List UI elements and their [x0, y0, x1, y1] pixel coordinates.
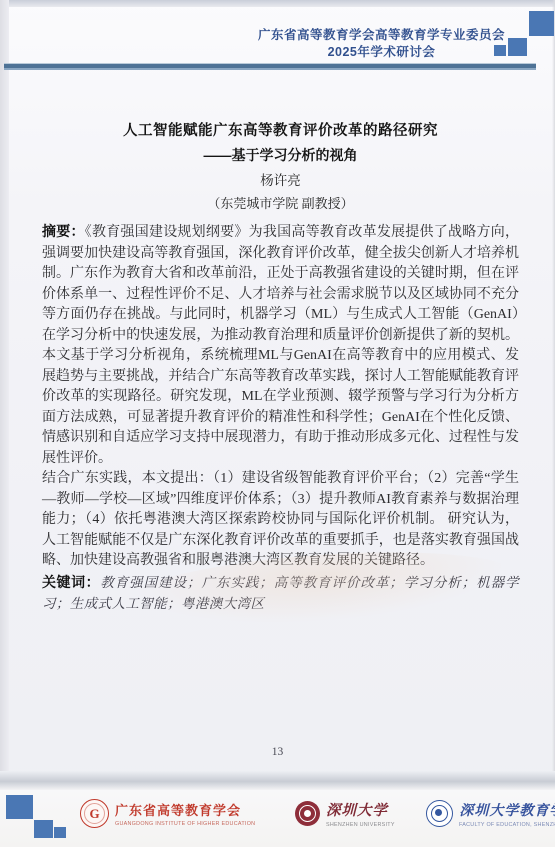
logo-faculty-of-education: 深圳大学教育学部 FACULTY OF EDUCATION, SHENZHEN … [426, 800, 555, 828]
abstract-label: 摘要： [42, 223, 85, 239]
logo-guangdong-institute: G 广东省高等教育学会 GUANGDONG INSTITUTE OF HIGHE… [80, 799, 271, 828]
decor-square-small-bottom-left [54, 827, 66, 838]
paper-subtitle: ——基于学习分析的视角 [42, 145, 519, 165]
logo-shenzhen-university: 深圳大学 SHENZHEN UNIVERSITY [295, 799, 402, 828]
page-number: 13 [0, 746, 555, 758]
page-left-edge [0, 0, 9, 847]
faculty-of-education-seal-icon [426, 800, 453, 827]
decor-square-medium-top-right [508, 38, 527, 56]
footer-logos: G 广东省高等教育学会 GUANGDONG INSTITUTE OF HIGHE… [80, 799, 555, 828]
header-rule [4, 63, 536, 70]
logo-name-en: GUANGDONG INSTITUTE OF HIGHER EDUCATION [115, 821, 255, 826]
header-event-line: 2025年学术研讨会 [258, 44, 505, 61]
guangdong-institute-seal-icon: G [80, 799, 109, 828]
abstract-paragraph-1: 摘要：《教育强国建设规划纲要》为我国高等教育改革发展提供了战略方向，强调要加快建… [42, 221, 519, 469]
keywords-label: 关键词： [42, 574, 100, 590]
scanned-document-page: 广东省高等教育学会高等教育学专业委员会 2025年学术研讨会 人工智能赋能广东高… [0, 0, 555, 847]
author-affiliation: （东莞城市学院 副教授） [42, 195, 519, 213]
logo-name-cn: 深圳大学 [326, 799, 402, 820]
logo-name-cn: 深圳大学教育学部 [459, 800, 555, 820]
author-name: 杨许亮 [42, 172, 519, 190]
seal-monogram: G [89, 806, 99, 822]
decor-square-large-top-right [529, 11, 554, 36]
paper-title: 人工智能赋能广东高等教育评价改革的路径研究 [42, 121, 519, 141]
logo-text-block: 深圳大学 SHENZHEN UNIVERSITY [326, 799, 402, 828]
decor-square-medium-bottom-left [34, 820, 53, 838]
footer-bar: G 广东省高等教育学会 GUANGDONG INSTITUTE OF HIGHE… [0, 790, 555, 847]
header-organization-line: 广东省高等教育学会高等教育学专业委员会 [258, 27, 505, 44]
abstract-text-1: 《教育强国建设规划纲要》为我国高等教育改革发展提供了战略方向，强调要加快建设高等… [42, 225, 519, 466]
conference-header: 广东省高等教育学会高等教育学专业委员会 2025年学术研讨会 [258, 27, 505, 61]
page-top-edge [0, 0, 555, 7]
logo-text-block: 深圳大学教育学部 FACULTY OF EDUCATION, SHENZHEN … [459, 800, 555, 828]
footer-divider [0, 771, 555, 790]
logo-name-en: FACULTY OF EDUCATION, SHENZHEN UNIVERSIT… [459, 822, 555, 827]
article: 人工智能赋能广东高等教育评价改革的路径研究 ——基于学习分析的视角 杨许亮 （东… [42, 121, 519, 616]
logo-text-block: 广东省高等教育学会 GUANGDONG INSTITUTE OF HIGHER … [115, 800, 271, 827]
shenzhen-university-seal-icon [295, 801, 320, 826]
decor-square-large-bottom-left [6, 795, 33, 819]
logo-name-cn: 广东省高等教育学会 [115, 800, 271, 819]
logo-name-en: SHENZHEN UNIVERSITY [326, 822, 395, 827]
